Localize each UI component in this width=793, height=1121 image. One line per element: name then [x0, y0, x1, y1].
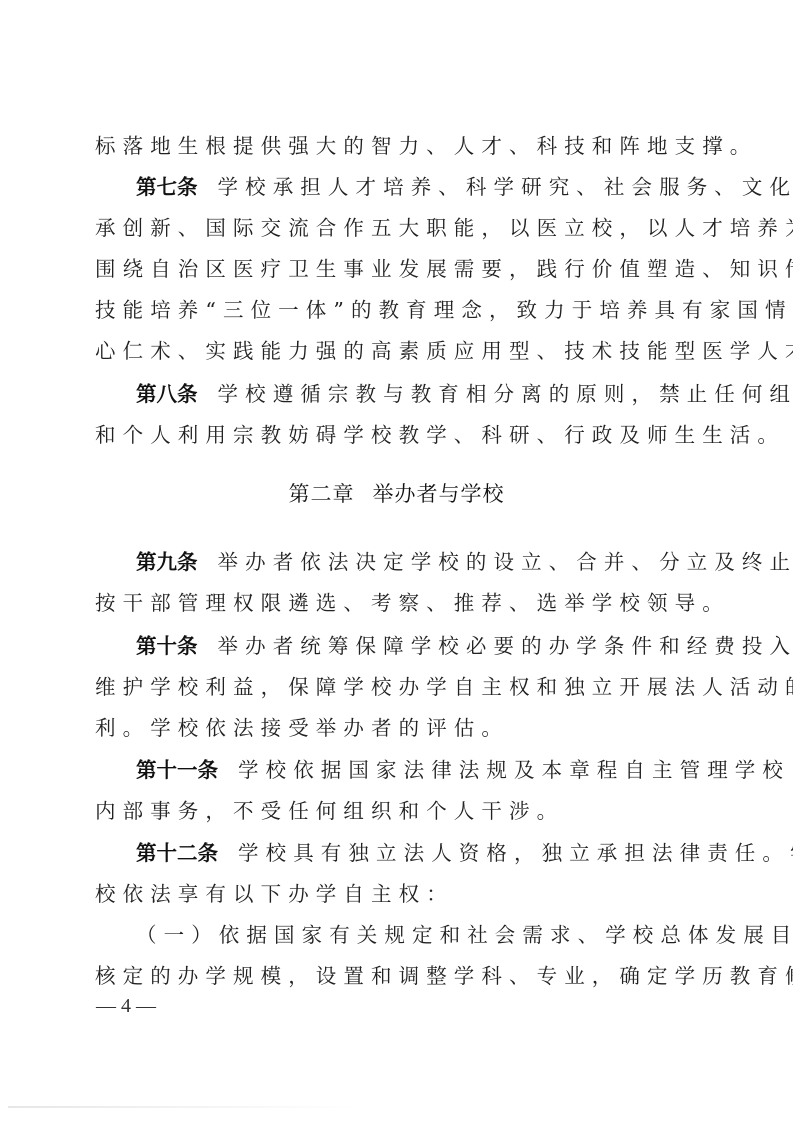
- line-text: 学校具有独立法人资格，独立承担法律责任。学: [238, 841, 793, 865]
- paragraph-line: 和个人利用宗教妨碍学校教学、科研、行政及师生生活。: [95, 422, 685, 448]
- chapter-heading: 第二章举办者与学校: [0, 478, 793, 508]
- line-text: 举办者统筹保障学校必要的办学条件和经费投入，: [218, 634, 793, 658]
- article-label: 第八条: [136, 382, 198, 406]
- document-page: 标落地生根提供强大的智力、人才、科技和阵地支撑。 第七条学校承担人才培养、科学研…: [0, 0, 793, 1121]
- article-label: 第十条: [136, 634, 198, 658]
- paragraph-line: 承创新、国际交流合作五大职能，以医立校，以人才培养为中心，: [95, 215, 685, 241]
- line-text: 维护学校利益，保障学校办学自主权和独立开展法人活动的权: [95, 675, 793, 699]
- paragraph-line: 利。学校依法接受举办者的评估。: [95, 715, 685, 741]
- paragraph-line: 心仁术、实践能力强的高素质应用型、技术技能型医学人才。: [95, 338, 685, 364]
- paragraph-line: 技能培养“三位一体”的教育理念，致力于培养具有家国情怀、仁: [95, 297, 685, 323]
- article-10-line: 第十条举办者统筹保障学校必要的办学条件和经费投入，: [136, 633, 686, 659]
- line-text: 承创新、国际交流合作五大职能，以医立校，以人才培养为中心，: [95, 216, 793, 240]
- line-text: 利。学校依法接受举办者的评估。: [95, 716, 509, 740]
- article-8-line: 第八条学校遵循宗教与教育相分离的原则，禁止任何组织: [136, 381, 686, 407]
- chapter-title: 举办者与学校: [373, 482, 505, 506]
- line-text: 核定的办学规模，设置和调整学科、专业，确定学历教育修业年: [95, 964, 793, 988]
- chapter-number: 第二章: [289, 482, 355, 506]
- article-label: 第十二条: [136, 841, 218, 865]
- paragraph-line: 按干部管理权限遴选、考察、推荐、选举学校领导。: [95, 590, 685, 616]
- article-label: 第七条: [136, 175, 198, 199]
- paragraph-line: 维护学校利益，保障学校办学自主权和独立开展法人活动的权: [95, 674, 685, 700]
- article-7-line: 第七条学校承担人才培养、科学研究、社会服务、文化传: [136, 174, 686, 200]
- paragraph-line: 核定的办学规模，设置和调整学科、专业，确定学历教育修业年: [95, 963, 685, 989]
- line-text: （一）依据国家有关规定和社会需求、学校总体发展目标和: [136, 923, 793, 947]
- line-text: 举办者依法决定学校的设立、合并、分立及终止；: [218, 550, 793, 574]
- paragraph-line: 校依法享有以下办学自主权：: [95, 881, 685, 907]
- line-text: 校依法享有以下办学自主权：: [95, 882, 454, 906]
- line-text: 围绕自治区医疗卫生事业发展需要，践行价值塑造、知识传授、: [95, 257, 793, 281]
- page-number: — 4 —: [96, 995, 156, 1018]
- line-text: 学校依据国家法律法规及本章程自主管理学校: [238, 758, 790, 782]
- paragraph-line: 标落地生根提供强大的智力、人才、科技和阵地支撑。: [95, 133, 685, 159]
- article-9-line: 第九条举办者依法决定学校的设立、合并、分立及终止；: [136, 549, 686, 575]
- paragraph-line: 围绕自治区医疗卫生事业发展需要，践行价值塑造、知识传授、: [95, 256, 685, 282]
- line-text: 标落地生根提供强大的智力、人才、科技和阵地支撑。: [95, 134, 757, 158]
- line-text: 心仁术、实践能力强的高素质应用型、技术技能型医学人才。: [95, 339, 793, 363]
- list-item-line: （一）依据国家有关规定和社会需求、学校总体发展目标和: [136, 922, 686, 948]
- paragraph-line: 内部事务，不受任何组织和个人干涉。: [95, 798, 685, 824]
- line-text: 按干部管理权限遴选、考察、推荐、选举学校领导。: [95, 591, 730, 615]
- line-text: 学校承担人才培养、科学研究、社会服务、文化传: [218, 175, 793, 199]
- article-label: 第九条: [136, 550, 198, 574]
- line-text: 技能培养“三位一体”的教育理念，致力于培养具有家国情怀、仁: [95, 298, 793, 322]
- article-11-line: 第十一条学校依据国家法律法规及本章程自主管理学校: [136, 757, 686, 783]
- scan-artifact-line: [8, 1106, 358, 1108]
- line-text: 内部事务，不受任何组织和个人干涉。: [95, 799, 564, 823]
- article-12-line: 第十二条学校具有独立法人资格，独立承担法律责任。学: [136, 840, 686, 866]
- line-text: 和个人利用宗教妨碍学校教学、科研、行政及师生生活。: [95, 423, 785, 447]
- line-text: 学校遵循宗教与教育相分离的原则，禁止任何组织: [218, 382, 793, 406]
- article-label: 第十一条: [136, 758, 218, 782]
